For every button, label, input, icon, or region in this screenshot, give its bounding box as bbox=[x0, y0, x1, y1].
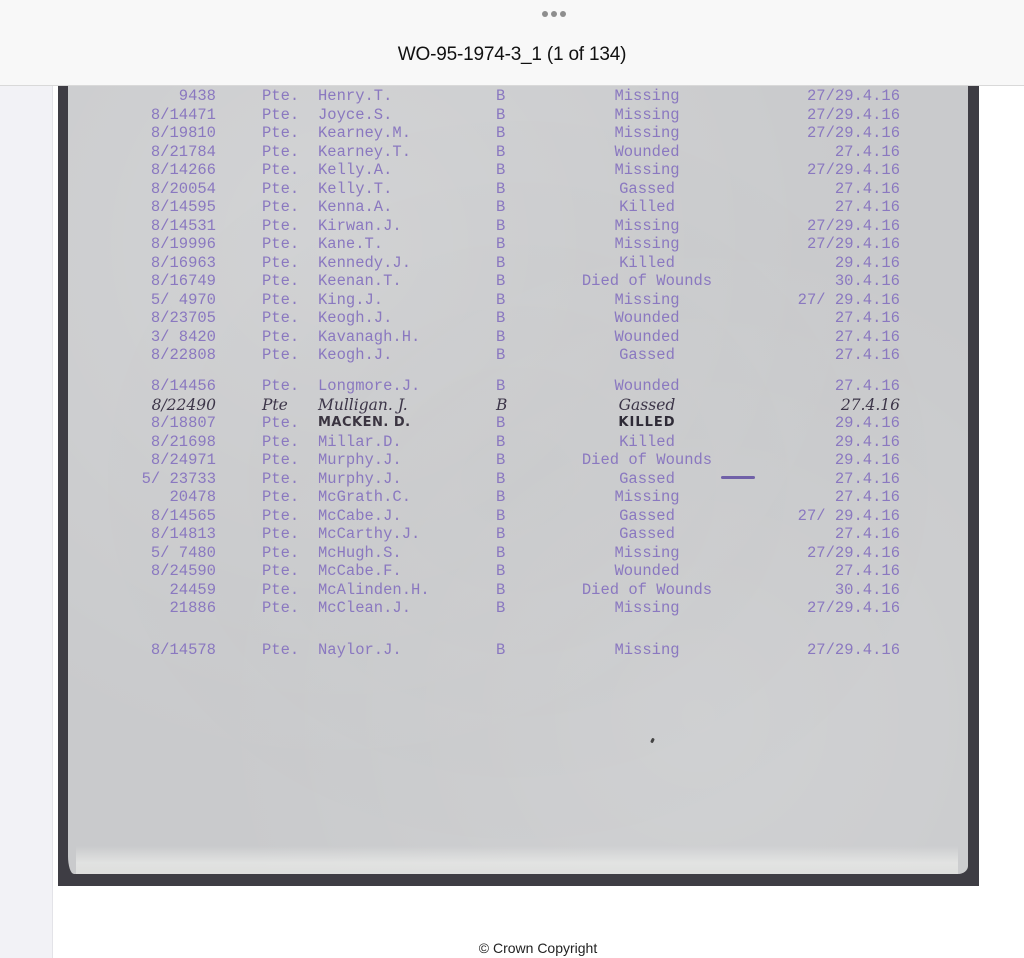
company: B bbox=[496, 143, 505, 161]
company: B bbox=[496, 254, 505, 272]
table-row: 24459Pte.McAlinden.H.BDied of Wounds30.4… bbox=[68, 581, 968, 599]
company: B bbox=[496, 470, 505, 488]
service-number: 8/18807 bbox=[151, 414, 216, 432]
rank: Pte. bbox=[262, 433, 299, 451]
company: B bbox=[496, 544, 505, 562]
rank: Pte. bbox=[262, 198, 299, 216]
soldier-name: Henry.T. bbox=[318, 87, 392, 105]
ellipsis-icon[interactable] bbox=[542, 11, 566, 17]
rank: Pte. bbox=[262, 235, 299, 253]
soldier-name: McHugh.S. bbox=[318, 544, 402, 562]
table-row: 8/23705Pte.Keogh.J.BWounded27.4.16 bbox=[68, 309, 968, 327]
table-row: 8/14456Pte.Longmore.J.BWounded27.4.16 bbox=[68, 377, 968, 395]
casualty-status: Gassed bbox=[558, 507, 736, 525]
rank: Pte. bbox=[262, 124, 299, 142]
soldier-name: McCabe.J. bbox=[318, 507, 402, 525]
casualty-status: Gassed bbox=[558, 396, 736, 414]
soldier-name: Murphy.J. bbox=[318, 451, 402, 469]
company: B bbox=[496, 328, 505, 346]
company: B bbox=[496, 507, 505, 525]
casualty-date: 27/29.4.16 bbox=[807, 217, 900, 235]
service-number: 20478 bbox=[169, 488, 216, 506]
service-number: 21886 bbox=[169, 599, 216, 617]
casualty-status: Died of Wounds bbox=[558, 581, 736, 599]
table-row: 8/14578Pte.Naylor.J.BMissing27/29.4.16 bbox=[68, 641, 968, 659]
casualty-date: 27/29.4.16 bbox=[807, 641, 900, 659]
dot bbox=[560, 11, 566, 17]
table-row: 8/14531Pte.Kirwan.J.BMissing27/29.4.16 bbox=[68, 217, 968, 235]
casualty-status: Killed bbox=[558, 433, 736, 451]
casualty-date: 29.4.16 bbox=[835, 414, 900, 432]
casualty-date: 27/29.4.16 bbox=[807, 161, 900, 179]
casualty-date: 27/29.4.16 bbox=[807, 87, 900, 105]
soldier-name: McAlinden.H. bbox=[318, 581, 430, 599]
soldier-name: Kearney.M. bbox=[318, 124, 411, 142]
rank: Pte. bbox=[262, 544, 299, 562]
soldier-name: Kane.T. bbox=[318, 235, 383, 253]
casualty-status: Gassed bbox=[558, 525, 736, 543]
rank: Pte. bbox=[262, 254, 299, 272]
dot bbox=[551, 11, 557, 17]
company: B bbox=[496, 451, 505, 469]
rank: Pte. bbox=[262, 217, 299, 235]
soldier-name: Keogh.J. bbox=[318, 309, 392, 327]
casualty-status: Missing bbox=[558, 235, 736, 253]
rank: Pte. bbox=[262, 488, 299, 506]
service-number: 8/14456 bbox=[151, 377, 216, 395]
casualty-status: KILLED bbox=[558, 414, 736, 432]
company: B bbox=[496, 488, 505, 506]
soldier-name: Naylor.J. bbox=[318, 641, 402, 659]
casualty-date: 27.4.16 bbox=[835, 346, 900, 364]
casualty-status: Killed bbox=[558, 198, 736, 216]
casualty-date: 27.4.16 bbox=[835, 143, 900, 161]
casualty-status: Wounded bbox=[558, 143, 736, 161]
service-number: 8/24590 bbox=[151, 562, 216, 580]
service-number: 8/14565 bbox=[151, 507, 216, 525]
casualty-date: 27/ 29.4.16 bbox=[798, 507, 900, 525]
casualty-status: Missing bbox=[558, 544, 736, 562]
table-row: 8/14471Pte.Joyce.S.BMissing27/29.4.16 bbox=[68, 106, 968, 124]
soldier-name: Kelly.T. bbox=[318, 180, 392, 198]
soldier-name: Keogh.J. bbox=[318, 346, 392, 364]
service-number: 8/14813 bbox=[151, 525, 216, 543]
casualty-date: 27/29.4.16 bbox=[807, 544, 900, 562]
casualty-status: Killed bbox=[558, 254, 736, 272]
company: B bbox=[496, 396, 507, 414]
service-number: 8/14266 bbox=[151, 161, 216, 179]
rank: Pte. bbox=[262, 641, 299, 659]
company: B bbox=[496, 346, 505, 364]
service-number: 8/21784 bbox=[151, 143, 216, 161]
company: B bbox=[496, 562, 505, 580]
soldier-name: McCabe.F. bbox=[318, 562, 402, 580]
casualty-date: 27.4.16 bbox=[835, 377, 900, 395]
soldier-name: Joyce.S. bbox=[318, 106, 392, 124]
casualty-date: 27/ 29.4.16 bbox=[798, 291, 900, 309]
table-row: 5/ 23733Pte.Murphy.J.BGassed27.4.16 bbox=[68, 470, 968, 488]
rank: Pte. bbox=[262, 525, 299, 543]
casualty-date: 27.4.16 bbox=[835, 488, 900, 506]
company: B bbox=[496, 198, 505, 216]
company: B bbox=[496, 433, 505, 451]
casualty-date: 27.4.16 bbox=[835, 525, 900, 543]
company: B bbox=[496, 87, 505, 105]
service-number: 3/ 8420 bbox=[151, 328, 216, 346]
rank: Pte. bbox=[262, 272, 299, 290]
ink-underline bbox=[721, 476, 755, 479]
casualty-status: Wounded bbox=[558, 328, 736, 346]
table-row: 8/19996Pte.Kane.T.BMissing27/29.4.16 bbox=[68, 235, 968, 253]
casualty-status: Gassed bbox=[558, 346, 736, 364]
rank: Pte. bbox=[262, 180, 299, 198]
paper-page: 9438Pte.Henry.T.BMissing27/29.4.168/1447… bbox=[68, 86, 968, 874]
casualty-date: 30.4.16 bbox=[835, 272, 900, 290]
rank: Pte. bbox=[262, 309, 299, 327]
service-number: 9438 bbox=[179, 87, 216, 105]
service-number: 8/16749 bbox=[151, 272, 216, 290]
casualty-date: 29.4.16 bbox=[835, 451, 900, 469]
rank: Pte. bbox=[262, 291, 299, 309]
table-row: 8/16749Pte.Keenan.T.BDied of Wounds30.4.… bbox=[68, 272, 968, 290]
table-row: 5/ 7480Pte.McHugh.S.BMissing27/29.4.16 bbox=[68, 544, 968, 562]
rank: Pte. bbox=[262, 414, 299, 432]
service-number: 5/ 7480 bbox=[151, 544, 216, 562]
soldier-name: Murphy.J. bbox=[318, 470, 402, 488]
service-number: 8/24971 bbox=[151, 451, 216, 469]
casualty-status: Wounded bbox=[558, 377, 736, 395]
rank: Pte. bbox=[262, 161, 299, 179]
soldier-name: Longmore.J. bbox=[318, 377, 420, 395]
rank: Pte. bbox=[262, 106, 299, 124]
casualty-date: 27.4.16 bbox=[835, 470, 900, 488]
company: B bbox=[496, 235, 505, 253]
casualty-date: 27.4.16 bbox=[835, 562, 900, 580]
soldier-name: Millar.D. bbox=[318, 433, 402, 451]
dot bbox=[542, 11, 548, 17]
table-row: 8/16963Pte.Kennedy.J.BKilled29.4.16 bbox=[68, 254, 968, 272]
casualty-status: Missing bbox=[558, 87, 736, 105]
service-number: 8/14578 bbox=[151, 641, 216, 659]
casualty-date: 29.4.16 bbox=[835, 433, 900, 451]
table-row: 8/14813Pte.McCarthy.J.BGassed27.4.16 bbox=[68, 525, 968, 543]
casualty-status: Missing bbox=[558, 641, 736, 659]
service-number: 8/14471 bbox=[151, 106, 216, 124]
rank: Pte. bbox=[262, 507, 299, 525]
company: B bbox=[496, 124, 505, 142]
table-row: 8/20054Pte.Kelly.T.BGassed27.4.16 bbox=[68, 180, 968, 198]
table-row: 9438Pte.Henry.T.BMissing27/29.4.16 bbox=[68, 87, 968, 105]
casualty-date: 30.4.16 bbox=[835, 581, 900, 599]
table-row: 20478Pte.McGrath.C.BMissing27.4.16 bbox=[68, 488, 968, 506]
company: B bbox=[496, 106, 505, 124]
document-title: WO-95-1974-3_1 (1 of 134) bbox=[0, 44, 1024, 66]
table-row: 8/21784Pte.Kearney.T.BWounded27.4.16 bbox=[68, 143, 968, 161]
table-row: 5/ 4970Pte.King.J.BMissing27/ 29.4.16 bbox=[68, 291, 968, 309]
table-row: 8/18807Pte.MACKEN. D.BKILLED29.4.16 bbox=[68, 414, 968, 432]
casualty-status: Died of Wounds bbox=[558, 272, 736, 290]
casualty-date: 27/29.4.16 bbox=[807, 124, 900, 142]
rank: Pte. bbox=[262, 599, 299, 617]
company: B bbox=[496, 291, 505, 309]
soldier-name: MACKEN. D. bbox=[318, 414, 411, 432]
rank: Pte. bbox=[262, 377, 299, 395]
casualty-status: Missing bbox=[558, 217, 736, 235]
table-row: 21886Pte.McClean.J.BMissing27/29.4.16 bbox=[68, 599, 968, 617]
table-row: 8/14565Pte.McCabe.J.BGassed27/ 29.4.16 bbox=[68, 507, 968, 525]
table-row: 3/ 8420Pte.Kavanagh.H.BWounded27.4.16 bbox=[68, 328, 968, 346]
soldier-name: Kirwan.J. bbox=[318, 217, 402, 235]
casualty-date: 27.4.16 bbox=[835, 198, 900, 216]
casualty-status: Missing bbox=[558, 161, 736, 179]
soldier-name: Keenan.T. bbox=[318, 272, 402, 290]
document-scan[interactable]: 9438Pte.Henry.T.BMissing27/29.4.168/1447… bbox=[58, 86, 979, 886]
company: B bbox=[496, 272, 505, 290]
rank: Pte. bbox=[262, 143, 299, 161]
soldier-name: McClean.J. bbox=[318, 599, 411, 617]
service-number: 8/22490 bbox=[152, 396, 216, 414]
table-row: 8/24590Pte.McCabe.F.BWounded27.4.16 bbox=[68, 562, 968, 580]
service-number: 8/21698 bbox=[151, 433, 216, 451]
company: B bbox=[496, 309, 505, 327]
soldier-name: Kearney.T. bbox=[318, 143, 411, 161]
table-row: 8/14595Pte.Kenna.A.BKilled27.4.16 bbox=[68, 198, 968, 216]
table-row: 8/24971Pte.Murphy.J.BDied of Wounds29.4.… bbox=[68, 451, 968, 469]
company: B bbox=[496, 525, 505, 543]
casualty-status: Missing bbox=[558, 599, 736, 617]
casualty-list: 9438Pte.Henry.T.BMissing27/29.4.168/1447… bbox=[68, 86, 968, 874]
casualty-status: Wounded bbox=[558, 562, 736, 580]
casualty-status: Wounded bbox=[558, 309, 736, 327]
service-number: 8/19810 bbox=[151, 124, 216, 142]
copyright-notice: © Crown Copyright bbox=[52, 940, 1024, 956]
company: B bbox=[496, 414, 505, 432]
table-row: 8/19810Pte.Kearney.M.BMissing27/29.4.16 bbox=[68, 124, 968, 142]
table-row: 8/21698Pte.Millar.D.BKilled29.4.16 bbox=[68, 433, 968, 451]
casualty-date: 29.4.16 bbox=[835, 254, 900, 272]
company: B bbox=[496, 581, 505, 599]
company: B bbox=[496, 217, 505, 235]
service-number: 8/14531 bbox=[151, 217, 216, 235]
service-number: 5/ 23733 bbox=[142, 470, 216, 488]
rank: Pte. bbox=[262, 328, 299, 346]
rank: Pte. bbox=[262, 87, 299, 105]
company: B bbox=[496, 641, 505, 659]
casualty-date: 27.4.16 bbox=[835, 309, 900, 327]
casualty-date: 27.4.16 bbox=[841, 396, 900, 414]
service-number: 5/ 4970 bbox=[151, 291, 216, 309]
casualty-status: Missing bbox=[558, 106, 736, 124]
soldier-name: Mulligan. J. bbox=[318, 396, 408, 414]
soldier-name: McGrath.C. bbox=[318, 488, 411, 506]
rank: Pte. bbox=[262, 346, 299, 364]
casualty-date: 27.4.16 bbox=[835, 328, 900, 346]
service-number: 8/22808 bbox=[151, 346, 216, 364]
soldier-name: Kennedy.J. bbox=[318, 254, 411, 272]
service-number: 8/16963 bbox=[151, 254, 216, 272]
soldier-name: Kavanagh.H. bbox=[318, 328, 420, 346]
casualty-date: 27/29.4.16 bbox=[807, 106, 900, 124]
casualty-date: 27/29.4.16 bbox=[807, 599, 900, 617]
service-number: 8/20054 bbox=[151, 180, 216, 198]
company: B bbox=[496, 377, 505, 395]
table-row: 8/22808Pte.Keogh.J.BGassed27.4.16 bbox=[68, 346, 968, 364]
casualty-date: 27/29.4.16 bbox=[807, 235, 900, 253]
viewer-header: WO-95-1974-3_1 (1 of 134) bbox=[0, 0, 1024, 86]
service-number: 8/14595 bbox=[151, 198, 216, 216]
rank: Pte bbox=[262, 396, 288, 414]
company: B bbox=[496, 161, 505, 179]
rank: Pte. bbox=[262, 470, 299, 488]
service-number: 8/19996 bbox=[151, 235, 216, 253]
casualty-status: Missing bbox=[558, 124, 736, 142]
table-row: 8/14266Pte.Kelly.A.BMissing27/29.4.16 bbox=[68, 161, 968, 179]
casualty-status: Missing bbox=[558, 291, 736, 309]
casualty-status: Gassed bbox=[558, 470, 736, 488]
soldier-name: Kelly.A. bbox=[318, 161, 392, 179]
company: B bbox=[496, 180, 505, 198]
casualty-status: Died of Wounds bbox=[558, 451, 736, 469]
soldier-name: McCarthy.J. bbox=[318, 525, 420, 543]
soldier-name: Kenna.A. bbox=[318, 198, 392, 216]
rank: Pte. bbox=[262, 451, 299, 469]
service-number: 8/23705 bbox=[151, 309, 216, 327]
table-row: 8/22490PteMulligan. J.BGassed27.4.16 bbox=[68, 396, 968, 414]
service-number: 24459 bbox=[169, 581, 216, 599]
rank: Pte. bbox=[262, 562, 299, 580]
casualty-status: Missing bbox=[558, 488, 736, 506]
sidebar bbox=[0, 86, 53, 958]
company: B bbox=[496, 599, 505, 617]
casualty-status: Gassed bbox=[558, 180, 736, 198]
rank: Pte. bbox=[262, 581, 299, 599]
soldier-name: King.J. bbox=[318, 291, 383, 309]
casualty-date: 27.4.16 bbox=[835, 180, 900, 198]
